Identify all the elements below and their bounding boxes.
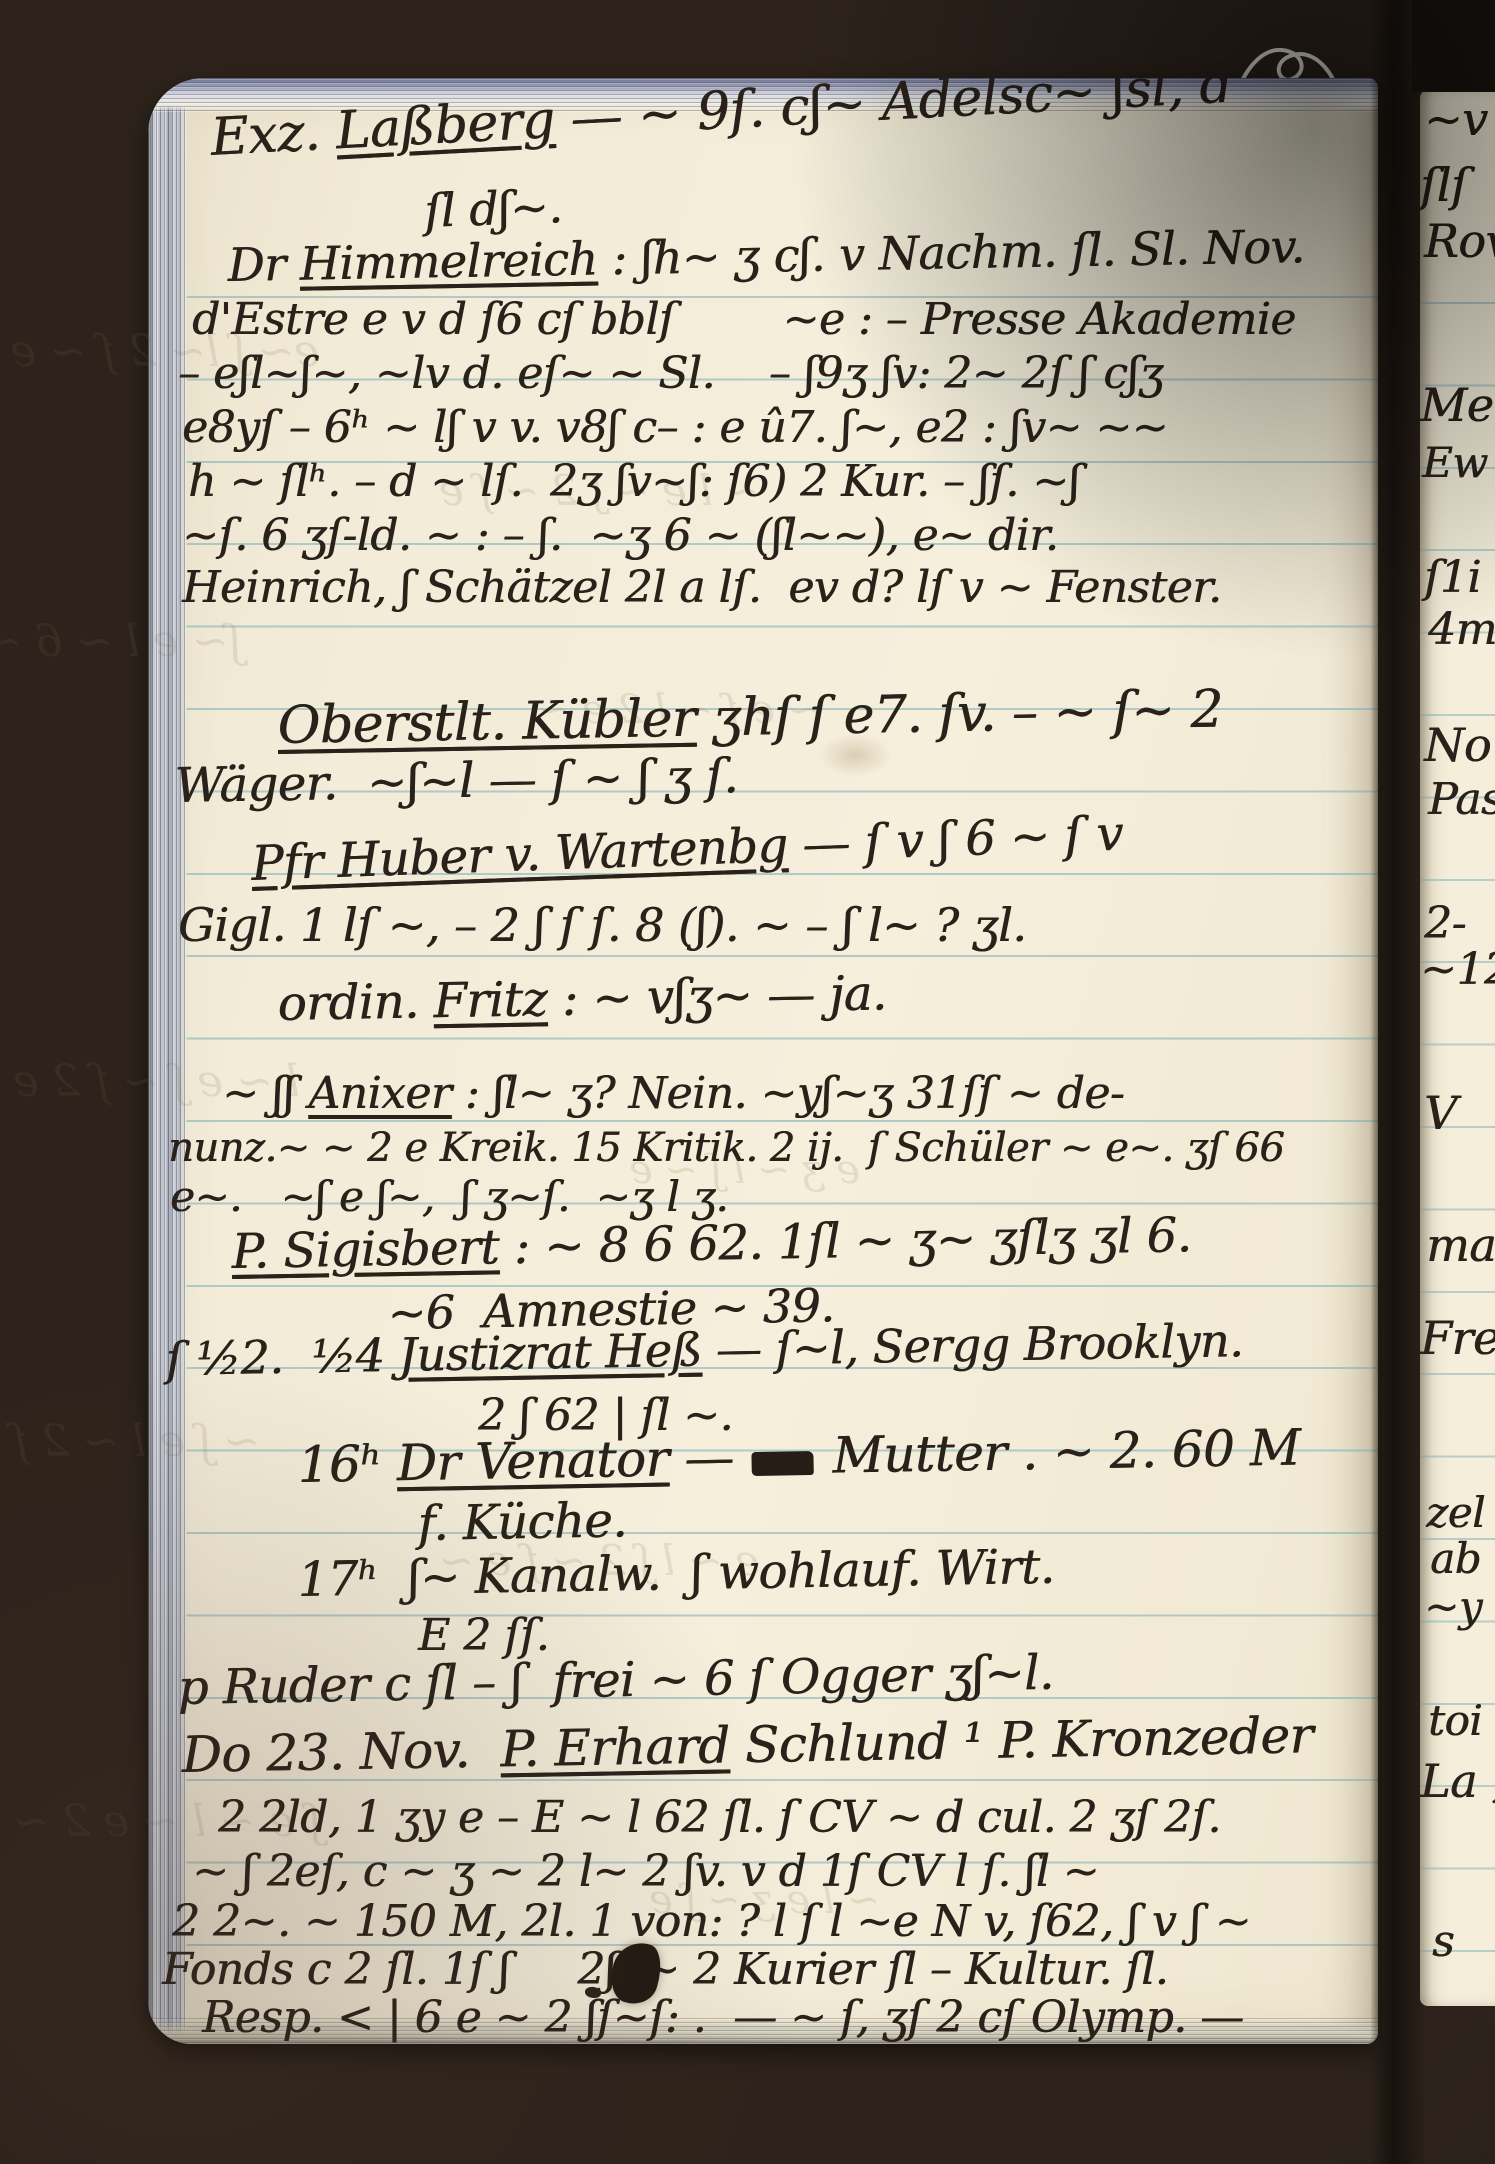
cover-vignette (0, 0, 1495, 2164)
notebook-photo: e~ ʃ l~ 2 ſ ~ e ʒ~~ l e ~ ʃ 2 ~ ſ eʃ~ e … (0, 0, 1495, 2164)
